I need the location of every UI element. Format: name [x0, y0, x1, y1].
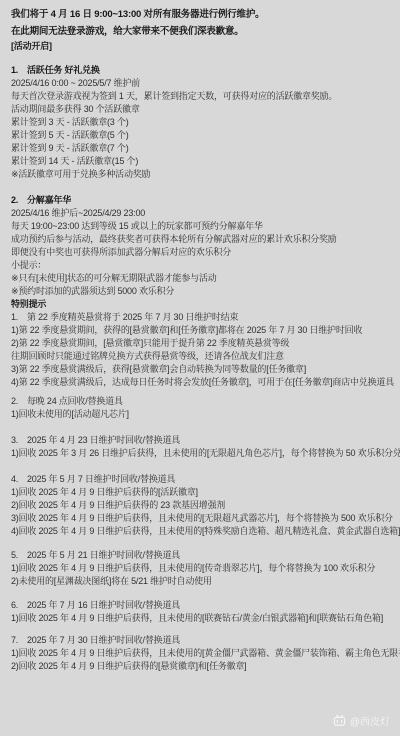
special-5-title: 2025 年 5 月 21 日维护时回收/替换道具: [27, 549, 180, 562]
special-1-number: 1.: [11, 311, 27, 324]
event-2-desc: 即便没有中奖也可获得所添加武器分解后对应的欢乐积分: [11, 246, 389, 259]
special-1-line: 2)第 22 季度悬赏期间，[悬赏徽章]只能用于提升第 22 季度精英悬赏等级: [11, 337, 389, 350]
special-2-line: 1)回收未使用的[活动超凡芯片]: [11, 408, 389, 421]
event-2-tip: ※预约时添加的武器须达到 5000 欢乐积分: [11, 285, 389, 298]
special-2-number: 2.: [11, 395, 27, 408]
maintenance-notice-line1: 我们将于 4 月 16 日 9:00~13:00 对所有服务器进行例行维护。: [11, 6, 389, 23]
announcement-document: 我们将于 4 月 16 日 9:00~13:00 对所有服务器进行例行维护。 在…: [0, 0, 400, 673]
event-1-note: ※活跃徽章可用于兑换多种活动奖励: [11, 168, 389, 181]
special-4-title: 2025 年 5 月 7 日维护时回收/替换道具: [27, 473, 175, 486]
event-1-period: 2025/4/16 0:00 ~ 2025/5/7 维护前: [11, 77, 389, 90]
event-2-tips-header: 小提示：: [11, 259, 389, 272]
event-2-desc: 每天 19:00~23:00 达到等级 15 或以上的玩家都可预约分解嘉年华: [11, 220, 389, 233]
special-5-number: 5.: [11, 549, 27, 562]
special-7-line: 2)回收 2025 年 4 月 9 日维护后获得的[悬赏徽章]和[任务徽章]: [11, 660, 389, 673]
special-1-line: 1)第 22 季度悬赏期间，获得的[悬赏徽章]和[任务徽章]都将在 2025 年…: [11, 324, 389, 337]
special-6-number: 6.: [11, 599, 27, 612]
special-4-line: 4)回收 2025 年 4 月 9 日维护后获得，且未使用的[特殊奖励自选箱、超…: [11, 525, 389, 538]
special-3-title: 2025 年 4 月 23 日维护时回收/替换道具: [27, 434, 180, 447]
special-1-line: 3)第 22 季度悬赏满级后，获得[悬赏徽章]会自动转换为同等数量的[任务徽章]: [11, 363, 389, 376]
special-3-line: 1)回收 2025 年 3 月 26 日维护后获得，且未使用的[无限超凡角色芯片…: [11, 447, 389, 460]
event-item-2: 2. 分解嘉年华: [11, 194, 389, 207]
special-6-line: 1)回收 2025 年 4 月 9 日维护后获得，且未使用的[联赛钻石/黄金/白…: [11, 612, 389, 625]
special-1-line-continuation: 往期回顾时只能通过铭牌兑换方式获得悬赏等级，还请各位战友们注意: [11, 350, 389, 363]
special-item-6: 6. 2025 年 7 月 16 日维护时回收/替换道具: [11, 599, 389, 612]
event-1-reward: 累计签到 14 天 - 活跃徽章(15 个): [11, 155, 389, 168]
special-7-line: 1)回收 2025 年 4 月 9 日维护后获得，且未使用的[黄金僵尸武器箱、黄…: [11, 647, 389, 660]
event-1-desc: 活动期间最多获得 30 个活跃徽章: [11, 103, 389, 116]
watermark-handle: @西皮灯: [350, 713, 390, 728]
special-item-7: 7. 2025 年 7 月 30 日维护时回收/替换道具: [11, 634, 389, 647]
bilibili-tv-icon: [333, 714, 346, 727]
special-7-title: 2025 年 7 月 30 日维护时回收/替换道具: [27, 634, 180, 647]
special-item-4: 4. 2025 年 5 月 7 日维护时回收/替换道具: [11, 473, 389, 486]
special-item-3: 3. 2025 年 4 月 23 日维护时回收/替换道具: [11, 434, 389, 447]
special-4-line: 2)回收 2025 年 4 月 9 日维护后获得的 23 款基因增强剂: [11, 499, 389, 512]
special-4-number: 4.: [11, 473, 27, 486]
special-7-number: 7.: [11, 634, 27, 647]
special-1-title: 第 22 季度精英悬赏将于 2025 年 7 月 30 日维护时结束: [27, 311, 238, 324]
special-4-line: 3)回收 2025 年 4 月 9 日维护后获得，且未使用的[无限超凡武器芯片]…: [11, 512, 389, 525]
special-3-number: 3.: [11, 434, 27, 447]
special-1-line: 4)第 22 季度悬赏满级后，达成每日任务时将会发放[任务徽章]，可用于在[任务…: [11, 376, 389, 389]
special-notes-header: 特别提示: [11, 298, 389, 311]
event-item-1: 1. 活跃任务 好礼兑换: [11, 64, 389, 77]
event-1-reward: 累计签到 3 天 - 活跃徽章(3 个): [11, 116, 389, 129]
event-2-tip: ※只有[未使用]状态的可分解无期限武器才能参与活动: [11, 272, 389, 285]
event-2-number: 2.: [11, 194, 27, 207]
special-4-line: 1)回收 2025 年 4 月 9 日维护后获得的[活跃徽章]: [11, 486, 389, 499]
event-1-desc: 每天首次登录游戏视为签到 1 天，累计签到指定天数，可获得对应的活跃徽章奖励。: [11, 90, 389, 103]
special-5-line: 1)回收 2025 年 4 月 9 日维护后获得，且未使用的[传奇翡翠芯片]，每…: [11, 562, 389, 575]
event-2-desc: 成功预约后参与活动，最终获奖者可获得本轮所有分解武器对应的累计欢乐积分奖励: [11, 233, 389, 246]
special-6-title: 2025 年 7 月 16 日维护时回收/替换道具: [27, 599, 180, 612]
maintenance-notice-line2: 在此期间无法登录游戏，给大家带来不便我们深表歉意。: [11, 23, 389, 40]
special-item-1: 1. 第 22 季度精英悬赏将于 2025 年 7 月 30 日维护时结束: [11, 311, 389, 324]
special-5-line: 2)未使用的[星渊裁决图纸]将在 5/21 维护时自动使用: [11, 575, 389, 588]
special-item-2: 2. 每晚 24 点回收/替换道具: [11, 395, 389, 408]
special-2-title: 每晚 24 点回收/替换道具: [27, 395, 123, 408]
event-1-title: 活跃任务 好礼兑换: [27, 64, 100, 77]
events-section-header: [活动开启]: [11, 40, 389, 53]
special-item-5: 5. 2025 年 5 月 21 日维护时回收/替换道具: [11, 549, 389, 562]
event-1-reward: 累计签到 5 天 - 活跃徽章(5 个): [11, 129, 389, 142]
event-2-title: 分解嘉年华: [27, 194, 71, 207]
event-1-reward: 累计签到 9 天 - 活跃徽章(7 个): [11, 142, 389, 155]
event-2-period: 2025/4/16 维护后~2025/4/29 23:00: [11, 207, 389, 220]
watermark: @西皮灯: [333, 713, 390, 728]
event-1-number: 1.: [11, 64, 27, 77]
